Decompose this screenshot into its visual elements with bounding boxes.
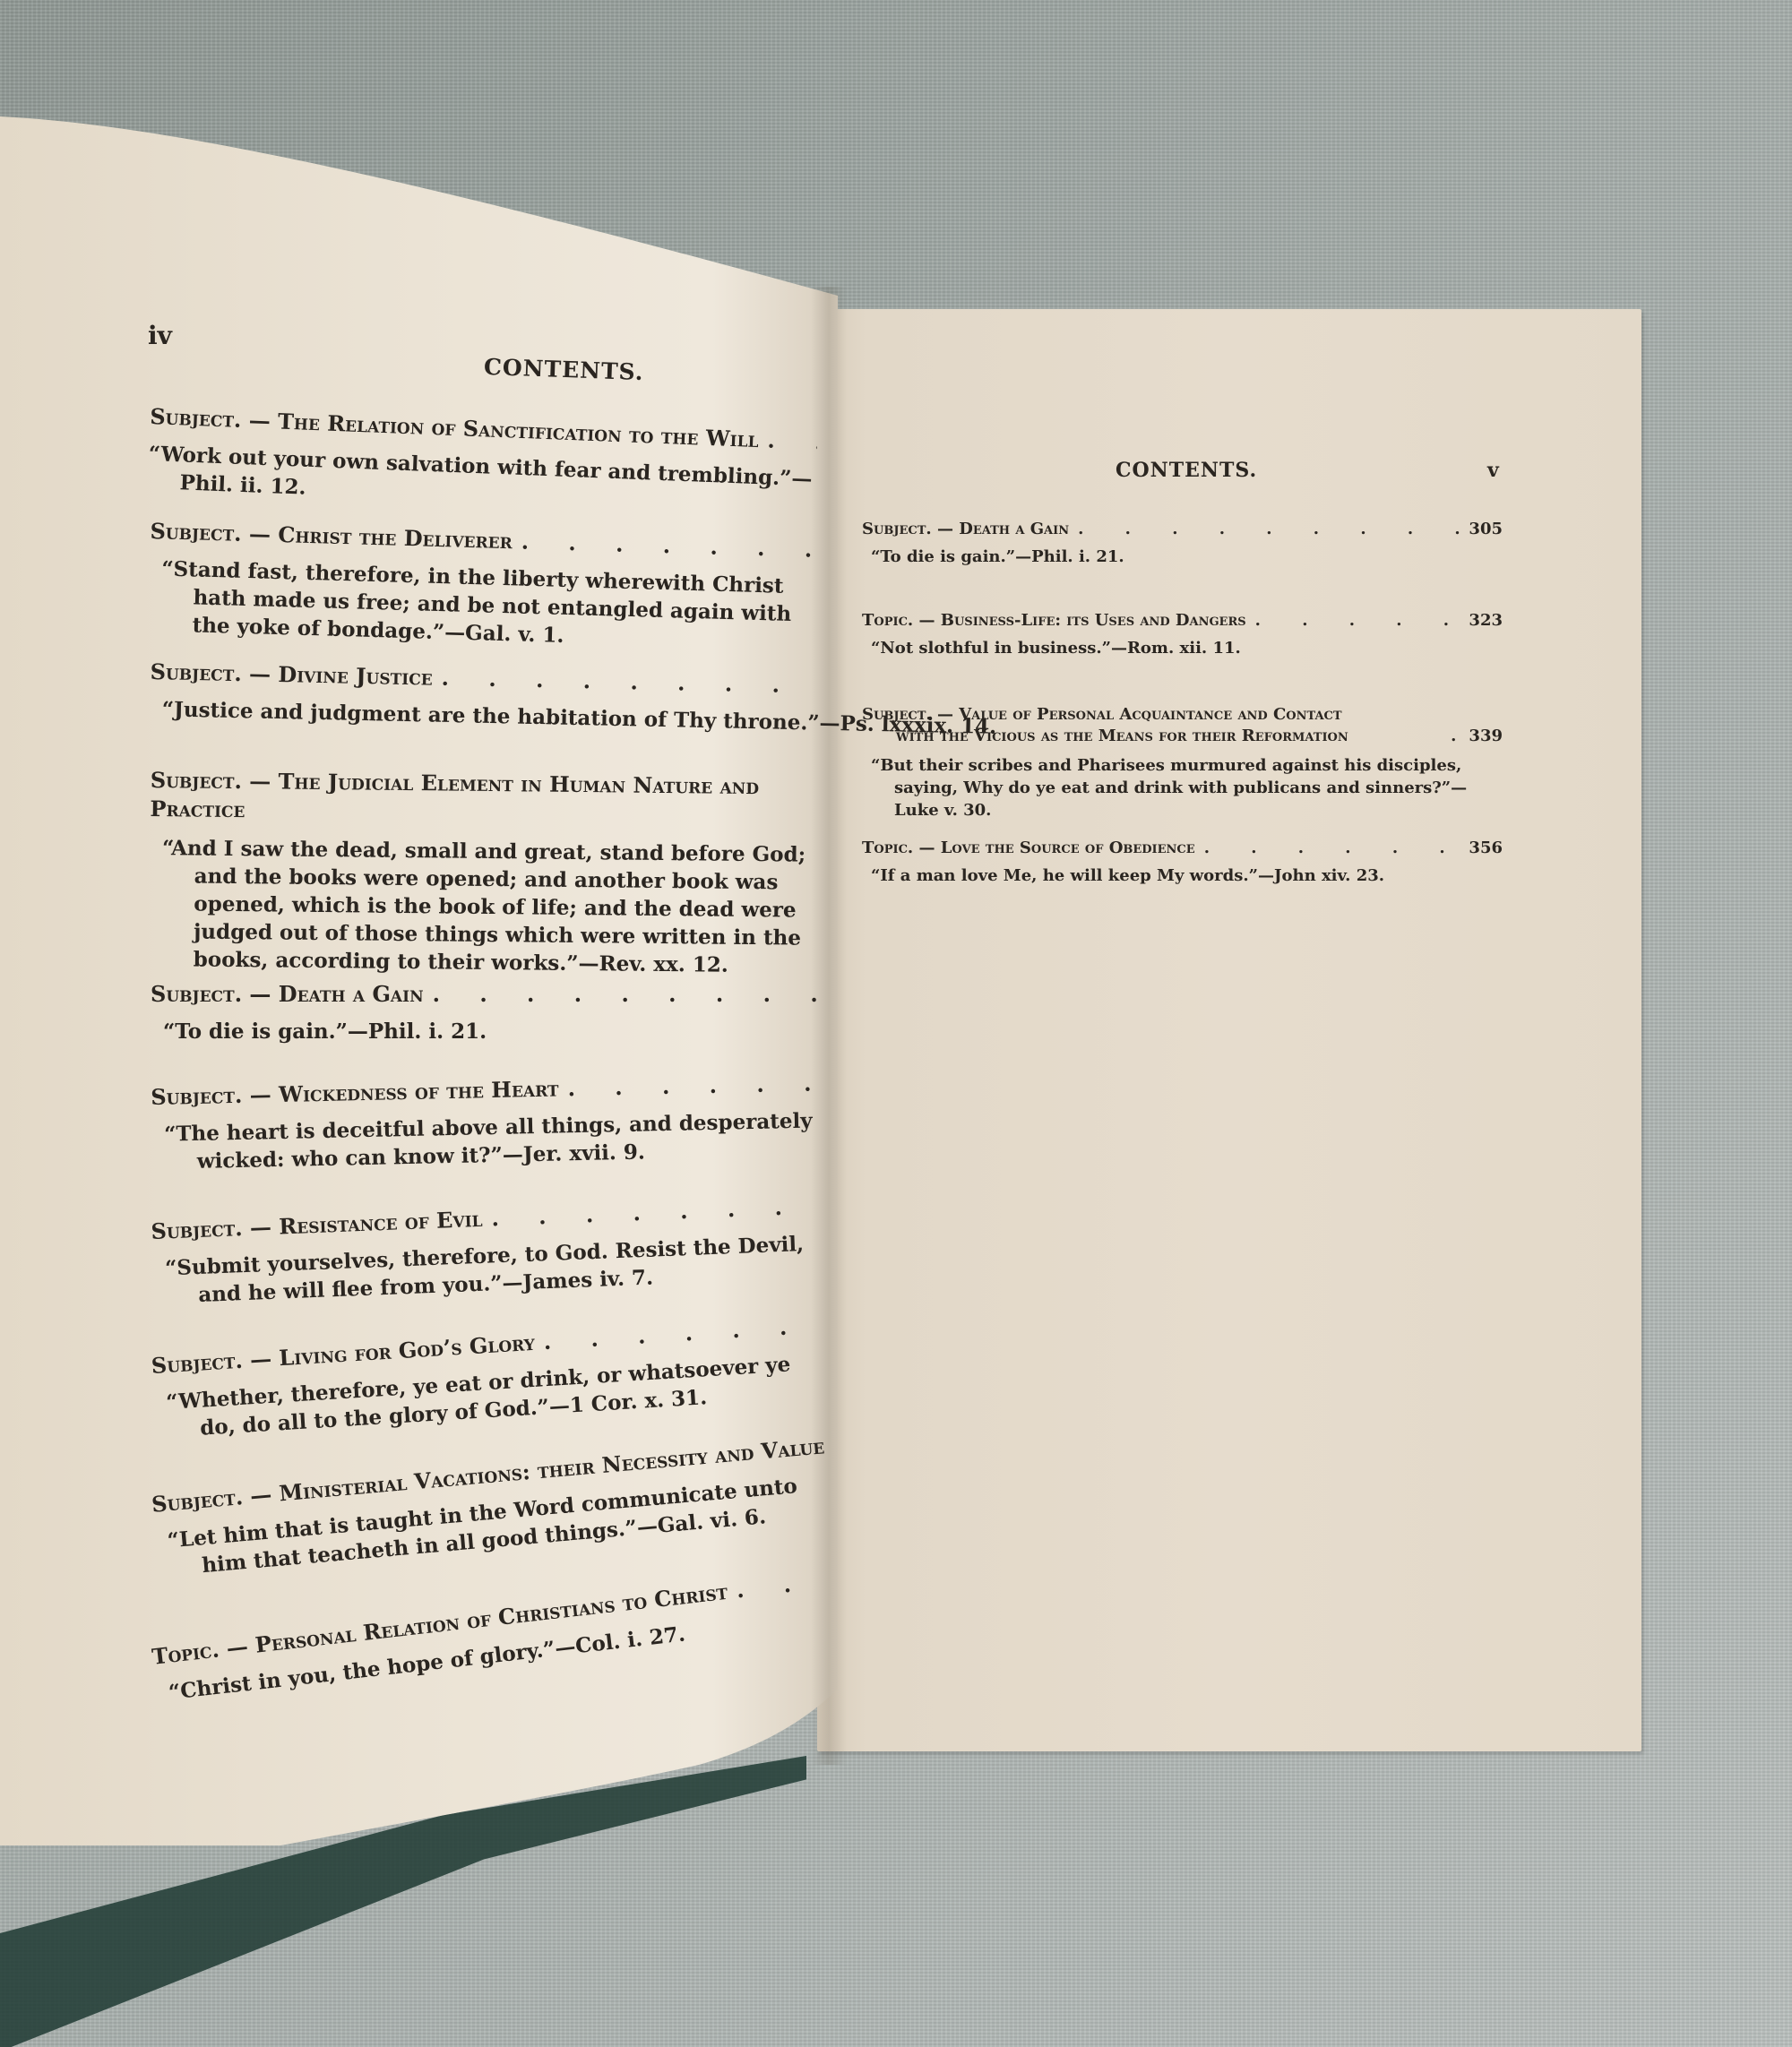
entry-title: Love the Source of Obedience: [941, 839, 1195, 857]
folio-left: iv: [148, 321, 172, 350]
scripture-quote: “If a man love Me, he will keep My words…: [862, 864, 1503, 887]
toc-entry: Subject. — Death a Gain . . . . . . . . …: [862, 520, 1503, 568]
scripture-quote: “But their scribes and Pharisees murmure…: [862, 754, 1503, 821]
entry-title: Business-Life: its Uses and Dangers: [941, 611, 1246, 630]
running-head-left: CONTENTS.: [484, 354, 644, 385]
dot-leader: . . . . . . . . . . . . . . . . . . . . …: [767, 426, 817, 454]
entry-title-line1: Value of Personal Acquaintance and Conta…: [959, 705, 1341, 724]
entry-title: Divine Justice: [278, 661, 433, 691]
dot-leader: . . . . . . . . . . . . . . . . . . . . …: [567, 1070, 818, 1101]
page-number: 323: [1469, 611, 1503, 630]
scripture-quote: “Not slothful in business.”—Rom. xii. 11…: [862, 637, 1503, 659]
entry-heading: Topic. — Love the Source of Obedience . …: [862, 839, 1503, 857]
entry-label: Subject.: [862, 520, 932, 538]
scripture-quote: “To die is gain.”—Phil. i. 21.: [862, 546, 1503, 568]
entry-label: Subject.: [151, 767, 242, 794]
page-number: 305: [1469, 520, 1503, 538]
entry-label: Subject.: [151, 1347, 244, 1379]
folio-right: v: [1487, 459, 1499, 482]
running-head-right: CONTENTS.: [1116, 459, 1257, 482]
page-number: 356: [1469, 839, 1503, 857]
toc-entry: Topic. — Love the Source of Obedience . …: [862, 839, 1503, 887]
entry-title: Christ the Deliverer: [278, 521, 513, 554]
entry-label: Subject.: [151, 981, 242, 1007]
toc-entry: Subject. — Christ the Deliverer . . . . …: [147, 518, 817, 657]
entry-label: Subject.: [150, 518, 242, 546]
dot-leader: . . . . . . . . . . . . . . . . . . . . …: [433, 981, 818, 1007]
toc-entry: Subject. — The Judicial Element in Human…: [149, 766, 818, 980]
entry-title: The Judicial Element in Human Nature and…: [150, 768, 759, 822]
dot-leader: . . . . . . . . . . . . . . . . . . . . …: [1255, 611, 1464, 630]
page-number: 339: [1469, 726, 1503, 747]
entry-label: Subject.: [150, 658, 242, 686]
entry-label: Topic.: [862, 839, 913, 857]
entry-title: Death a Gain: [279, 981, 424, 1007]
entry-heading: Subject. — Death a Gain . . . . . . . . …: [151, 981, 818, 1007]
entry-title: Death a Gain: [959, 520, 1069, 538]
entry-title: Wickedness of the Heart: [279, 1075, 559, 1107]
entry-heading: Subject. — Death a Gain . . . . . . . . …: [862, 520, 1503, 538]
entry-label: Topic.: [862, 611, 913, 630]
toc-entry: Topic. — Business-Life: its Uses and Dan…: [862, 611, 1503, 659]
entry-heading: Topic. — Business-Life: its Uses and Dan…: [862, 611, 1503, 630]
dot-leader: . . . . . . . . . . . . . . . . . . . . …: [1204, 839, 1464, 857]
toc-entry: Subject. — Death a Gain . . . . . . . . …: [151, 981, 818, 1045]
entry-heading: Subject. — The Judicial Element in Human…: [150, 766, 818, 830]
entry-label: Subject.: [151, 1082, 243, 1110]
scripture-quote: “And I saw the dead, small and great, st…: [149, 834, 818, 980]
dot-leader: . . . . . . . . . . . . . . . . . . . . …: [1078, 520, 1463, 538]
entry-label: Subject.: [150, 403, 242, 433]
entry-label: Subject.: [151, 1215, 243, 1244]
toc-entry: Subject. — Wickedness of the Heart . . .…: [151, 1070, 820, 1176]
scripture-quote: “To die is gain.”—Phil. i. 21.: [151, 1018, 818, 1045]
